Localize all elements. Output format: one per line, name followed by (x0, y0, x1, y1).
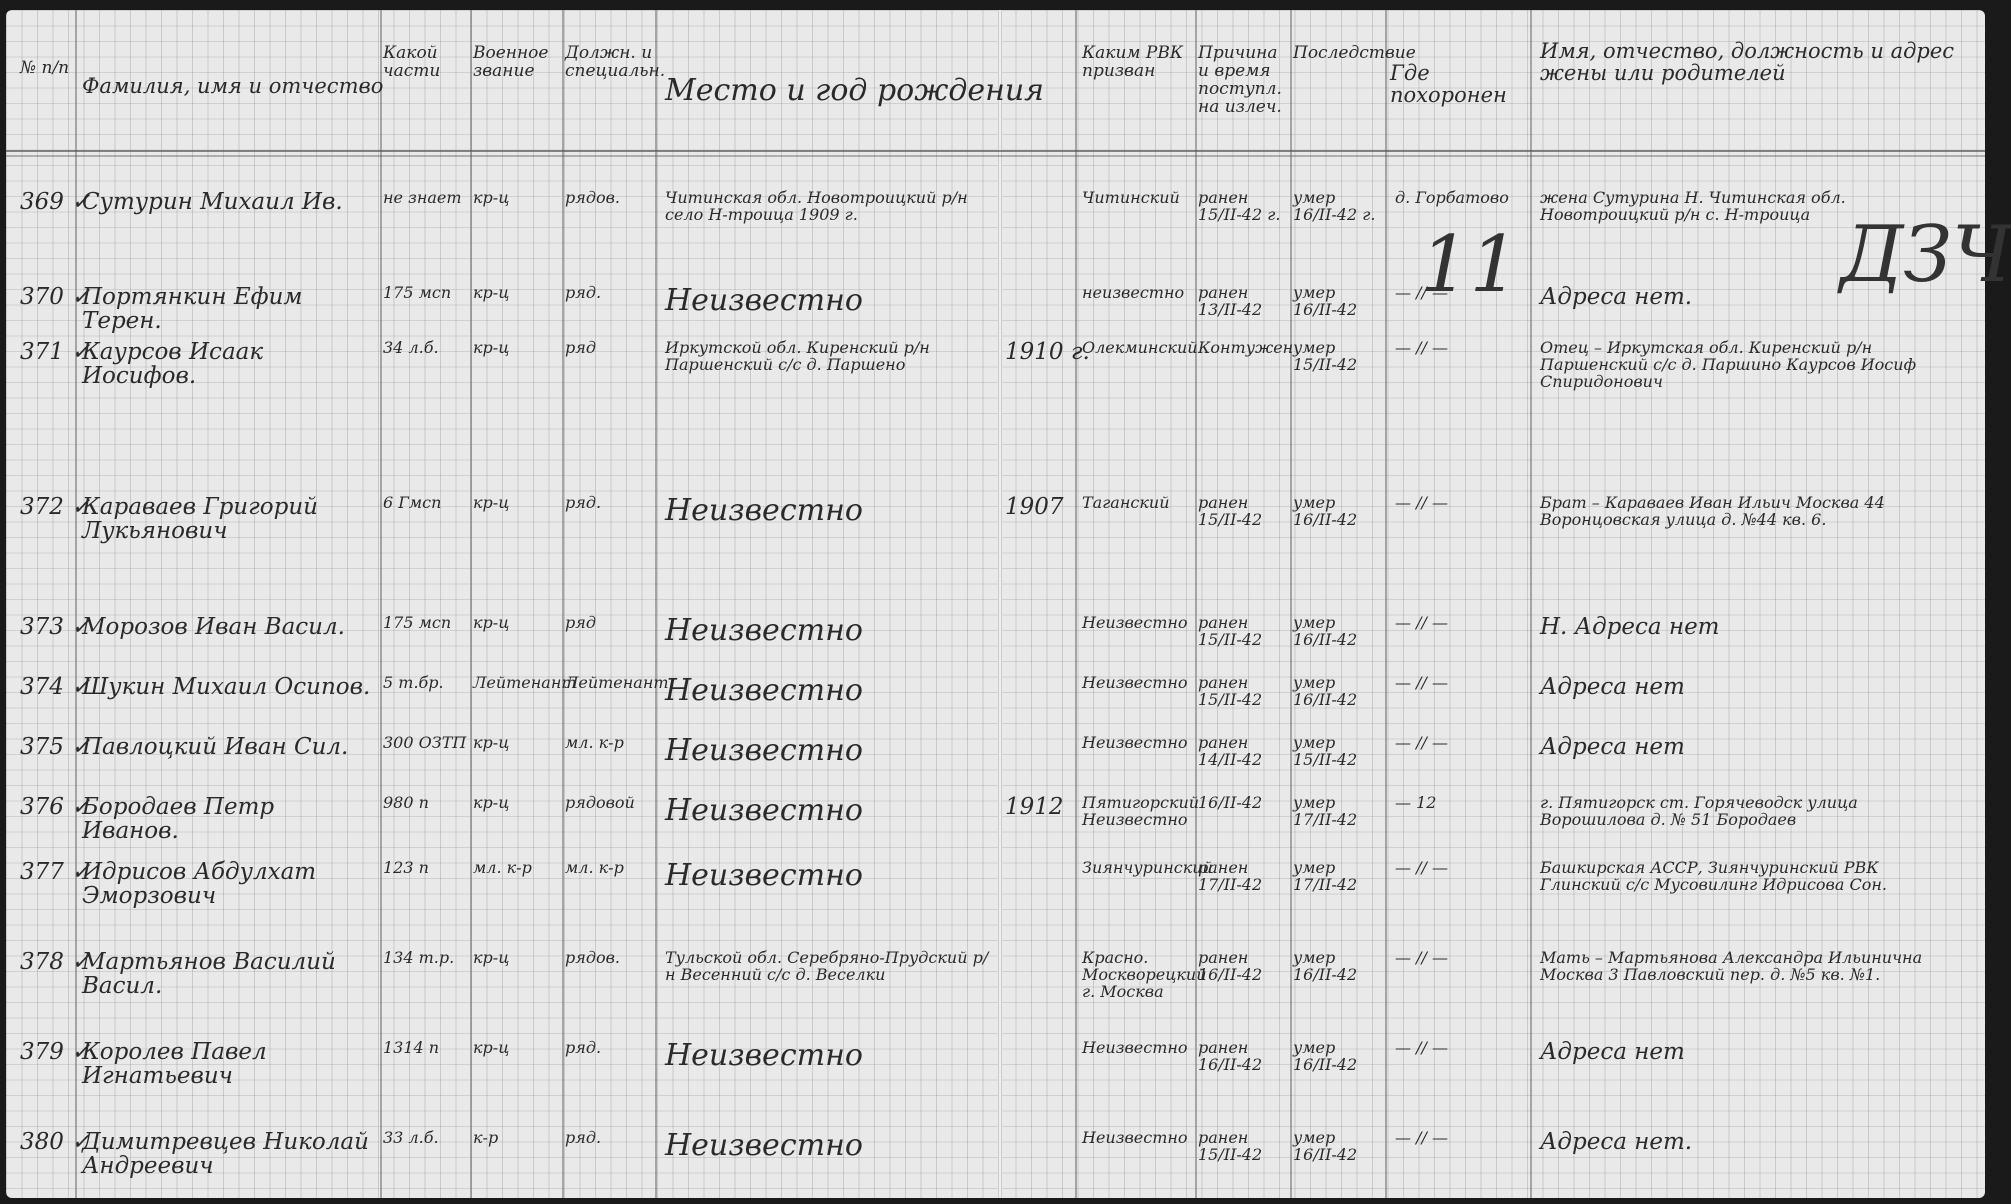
row-outcome: умер 16/II-42 (1293, 285, 1383, 319)
row-position: Лейтенант. (565, 675, 653, 692)
row-burial: — // — (1395, 950, 1525, 967)
row-name: Караваев Григорий Лукьянович (82, 495, 377, 543)
row-outcome: умер 16/II-42 (1293, 1040, 1383, 1074)
row-name: Портянкин Ефим Терен. (82, 285, 377, 333)
row-rvk: Неизвестно (1082, 675, 1192, 692)
row-rank: кр-ц (473, 190, 558, 207)
row-cause: ранен 14/II-42 (1198, 735, 1290, 769)
row-number: 373 ✓ (20, 615, 90, 639)
row-position: мл. к-р (565, 860, 653, 877)
row-number: 376 ✓ (20, 795, 90, 819)
row-cause: ранен 17/II-42 (1198, 860, 1290, 894)
row-outcome: умер 16/II-42 (1293, 495, 1383, 529)
row-rvk: Неизвестно (1082, 1040, 1192, 1057)
row-unit: 134 т.р. (383, 950, 468, 967)
row-outcome: умер 16/II-42 (1293, 950, 1383, 984)
row-burial: — // — (1395, 340, 1525, 357)
row-birthplace: Неизвестно (665, 1130, 995, 1162)
row-number: 377 ✓ (20, 860, 90, 884)
row-unit: 175 мсп (383, 285, 468, 302)
row-burial: — // — (1395, 615, 1525, 632)
row-kin: г. Пятигорск ст. Горячеводск улица Ворош… (1540, 795, 1960, 829)
row-position: ряд (565, 615, 653, 632)
row-name: Шукин Михаил Осипов. (82, 675, 377, 699)
row-outcome: умер 17/II-42 (1293, 795, 1383, 829)
row-outcome: умер 15/II-42 (1293, 340, 1383, 374)
header-burial: Где похоронен (1390, 62, 1525, 106)
row-position: ряд. (565, 495, 653, 512)
row-position: мл. к-р (565, 735, 653, 752)
row-rank: кр-ц (473, 795, 558, 812)
row-birth-year: 1912 (1005, 795, 1064, 819)
row-rvk: Читинский (1082, 190, 1192, 207)
row-rank: мл. к-р (473, 860, 558, 877)
header-birth: Место и год рождения (665, 75, 1044, 107)
row-cause: ранен 15/II-42 (1198, 615, 1290, 649)
row-name: Бородаев Петр Иванов. (82, 795, 377, 843)
row-outcome: умер 16/II-42 (1293, 1130, 1383, 1164)
margin-mark: 11 (1420, 225, 1519, 307)
row-birthplace: Неизвестно (665, 495, 995, 527)
row-birthplace: Неизвестно (665, 735, 995, 767)
row-outcome: умер 15/II-42 (1293, 735, 1383, 769)
row-burial: — // — (1395, 860, 1525, 877)
row-birthplace: Тульской обл. Серебряно-Прудский р/н Вес… (665, 950, 995, 984)
row-burial: — // — (1395, 735, 1525, 752)
row-rvk: неизвестно (1082, 285, 1192, 302)
row-rank: к-р (473, 1130, 558, 1147)
row-number: 379 ✓ (20, 1040, 90, 1064)
row-kin: Брат – Караваев Иван Ильич Москва 44 Вор… (1540, 495, 1960, 529)
row-number: 372 ✓ (20, 495, 90, 519)
row-name: Мартьянов Василий Васил. (82, 950, 377, 998)
row-unit: 175 мсп (383, 615, 468, 632)
row-name: Королев Павел Игнатьевич (82, 1040, 377, 1088)
header-rvk: Каким РВК призван (1082, 45, 1192, 81)
row-outcome: умер 16/II-42 (1293, 615, 1383, 649)
row-kin: Н. Адреса нет (1540, 615, 1960, 639)
row-rvk: Олекминский (1082, 340, 1192, 357)
row-kin: Башкирская АССР, Зиянчуринский РВК Глинс… (1540, 860, 1960, 894)
row-rank: Лейтенант (473, 675, 558, 692)
row-birth-year: 1907 (1005, 495, 1064, 519)
row-birthplace: Неизвестно (665, 860, 995, 892)
row-kin: Адреса нет. (1540, 1130, 1960, 1154)
header-rank: Военное звание (473, 45, 558, 81)
row-burial: — // — (1395, 675, 1525, 692)
row-burial: д. Горбатово (1395, 190, 1525, 207)
row-position: ряд (565, 340, 653, 357)
row-burial: — // — (1395, 495, 1525, 512)
row-outcome: умер 16/II-42 г. (1293, 190, 1383, 224)
row-cause: ранен 15/II-42 г. (1198, 190, 1290, 224)
row-name: Сутурин Михаил Ив. (82, 190, 377, 214)
row-number: 370 ✓ (20, 285, 90, 309)
row-position: рядов. (565, 950, 653, 967)
row-position: ряд. (565, 1130, 653, 1147)
row-burial: — 12 (1395, 795, 1525, 812)
row-cause: ранен 15/II-42 (1198, 675, 1290, 709)
row-kin: Отец – Иркутская обл. Киренский р/н Парш… (1540, 340, 1960, 390)
row-rank: кр-ц (473, 950, 558, 967)
row-rank: кр-ц (473, 285, 558, 302)
row-name: Павлоцкий Иван Сил. (82, 735, 377, 759)
row-cause: Контужен (1198, 340, 1290, 357)
row-number: 369 ✓ (20, 190, 90, 214)
row-rvk: Неизвестно (1082, 615, 1192, 632)
row-outcome: умер 17/II-42 (1293, 860, 1383, 894)
header-kin: Имя, отчество, должность и адрес жены ил… (1540, 40, 1970, 84)
row-rvk: Неизвестно (1082, 1130, 1192, 1147)
row-rank: кр-ц (473, 615, 558, 632)
row-rank: кр-ц (473, 495, 558, 512)
row-name: Каурсов Исаак Иосифов. (82, 340, 377, 388)
row-unit: 34 л.б. (383, 340, 468, 357)
row-unit: 1314 п (383, 1040, 468, 1057)
row-birthplace: Неизвестно (665, 285, 995, 317)
row-kin: Адреса нет (1540, 1040, 1960, 1064)
row-cause: ранен 13/II-42 (1198, 285, 1290, 319)
row-name: Идрисов Абдулхат Эморзович (82, 860, 377, 908)
row-kin: Адреса нет (1540, 675, 1960, 699)
row-position: ряд. (565, 1040, 653, 1057)
row-unit: 123 п (383, 860, 468, 877)
row-rvk: Неизвестно (1082, 735, 1192, 752)
row-cause: ранен 16/II-42 (1198, 1040, 1290, 1074)
row-name: Морозов Иван Васил. (82, 615, 377, 639)
row-name: Димитревцев Николай Андреевич (82, 1130, 377, 1178)
row-rank: кр-ц (473, 340, 558, 357)
row-position: рядов. (565, 190, 653, 207)
row-number: 375 ✓ (20, 735, 90, 759)
margin-stamp: ДЗЧ (1840, 215, 2011, 297)
row-birth-year: 1910 г. (1005, 340, 1090, 364)
row-unit: 6 Гмсп (383, 495, 468, 512)
row-birthplace: Неизвестно (665, 795, 995, 827)
header-outcome: Последствие (1293, 45, 1383, 63)
row-unit: 33 л.б. (383, 1130, 468, 1147)
header-name: Фамилия, имя и отчество (82, 75, 383, 97)
row-number: 380 ✓ (20, 1130, 90, 1154)
row-position: рядовой (565, 795, 653, 812)
row-birthplace: Читинская обл. Новотроицкий р/н село Н-т… (665, 190, 995, 224)
row-burial: — // — (1395, 1040, 1525, 1057)
row-rvk: Таганский (1082, 495, 1192, 512)
row-birthplace: Неизвестно (665, 615, 995, 647)
row-rank: кр-ц (473, 1040, 558, 1057)
row-cause: 16/II-42 (1198, 795, 1290, 812)
row-number: 378 ✓ (20, 950, 90, 974)
row-birthplace: Неизвестно (665, 675, 995, 707)
header-unit: Какой части (383, 45, 468, 81)
row-rank: кр-ц (473, 735, 558, 752)
header-position: Должн. и специальн. (565, 45, 653, 81)
row-kin: Адреса нет (1540, 735, 1960, 759)
row-rvk: Зиянчуринский (1082, 860, 1192, 877)
row-rvk: Красно. Москворецкий г. Москва (1082, 950, 1192, 1000)
header-num: № п/п (20, 60, 70, 78)
row-position: ряд. (565, 285, 653, 302)
row-unit: 5 т.бр. (383, 675, 468, 692)
row-unit: не знает (383, 190, 468, 207)
row-unit: 980 п (383, 795, 468, 812)
row-number: 374 ✓ (20, 675, 90, 699)
row-kin: Мать – Мартьянова Александра Ильинична М… (1540, 950, 1960, 984)
row-number: 371 ✓ (20, 340, 90, 364)
header-cause: Причина и время поступл. на излеч. (1198, 45, 1288, 116)
row-rvk: Пятигорский Неизвестно (1082, 795, 1192, 829)
row-cause: ранен 16/II-42 (1198, 950, 1290, 984)
page-gutter (998, 10, 1002, 1198)
row-birthplace: Неизвестно (665, 1040, 995, 1072)
row-burial: — // — (1395, 1130, 1525, 1147)
row-birthplace: Иркутской обл. Киренский р/н Паршенский … (665, 340, 995, 374)
row-cause: ранен 15/II-42 (1198, 1130, 1290, 1164)
row-unit: 300 ОЗТП (383, 735, 468, 752)
row-outcome: умер 16/II-42 (1293, 675, 1383, 709)
row-cause: ранен 15/II-42 (1198, 495, 1290, 529)
